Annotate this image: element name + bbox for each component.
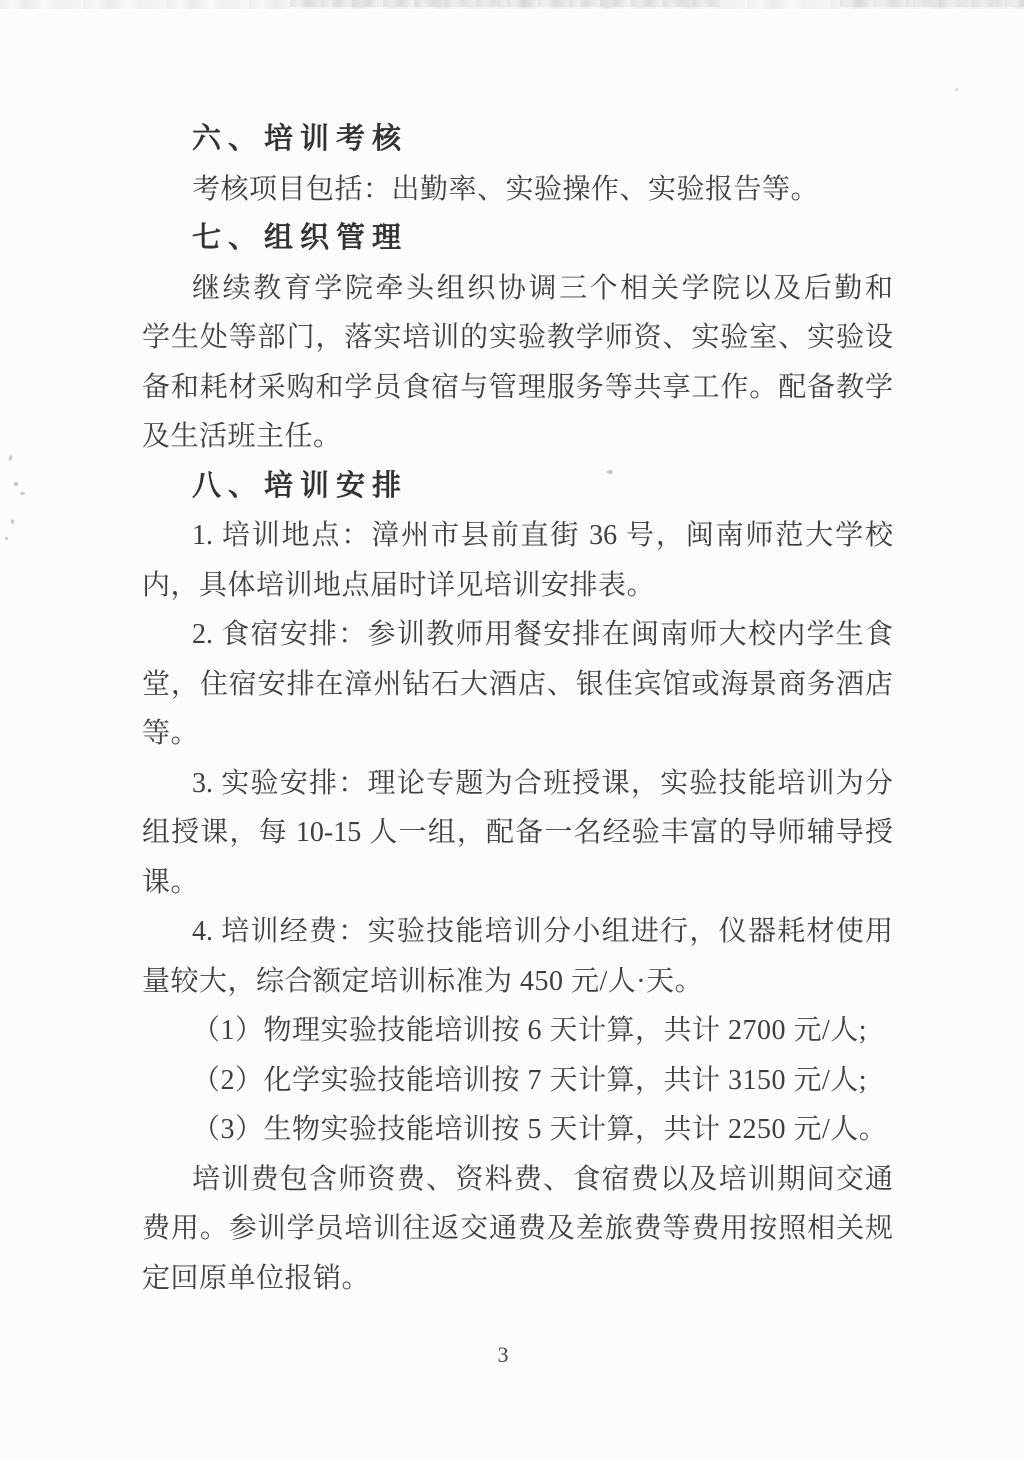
scan-speckle bbox=[5, 537, 8, 540]
text-line: 备和耗材采购和学员食宿与管理服务等共享工作。配备教学 bbox=[142, 363, 893, 413]
text-line-fee-physics: （1）物理实验技能培训按 6 天计算，共计 2700 元/人; bbox=[142, 1006, 893, 1056]
text-line: 组授课，每 10-15 人一组，配备一名经验丰富的导师辅导授 bbox=[142, 808, 893, 858]
scan-speckle bbox=[14, 482, 18, 486]
text-line: 继续教育学院牵头组织协调三个相关学院以及后勤和 bbox=[142, 264, 893, 314]
document-body: 六、培训考核 考核项目包括：出勤率、实验操作、实验报告等。 七、组织管理 继续教… bbox=[142, 115, 893, 1303]
text-line: 4. 培训经费：实验技能培训分小组进行，仪器耗材使用 bbox=[142, 907, 893, 957]
page-number: 3 bbox=[0, 1340, 1006, 1370]
text-line-fee-chemistry: （2）化学实验技能培训按 7 天计算，共计 3150 元/人; bbox=[142, 1056, 893, 1106]
heading-training-assessment: 六、培训考核 bbox=[142, 115, 893, 165]
text-line: 学生处等部门，落实培训的实验教学师资、实验室、实验设 bbox=[142, 313, 893, 363]
text-line: 内，具体培训地点届时详见培训安排表。 bbox=[142, 561, 893, 611]
text-line: 及生活班主任。 bbox=[142, 412, 893, 462]
scan-speckle bbox=[10, 519, 14, 525]
scanner-edge-artifact bbox=[840, 0, 1024, 7]
text-line: 培训费包含师资费、资料费、食宿费以及培训期间交通 bbox=[142, 1155, 893, 1205]
text-line: 量较大，综合额定培训标准为 450 元/人·天。 bbox=[142, 957, 893, 1007]
text-line: 堂，住宿安排在漳州钻石大酒店、银佳宾馆或海景商务酒店 bbox=[142, 660, 893, 710]
scanned-document-page: 六、培训考核 考核项目包括：出勤率、实验操作、实验报告等。 七、组织管理 继续教… bbox=[0, 0, 1024, 1460]
heading-organization-management: 七、组织管理 bbox=[142, 214, 893, 264]
text-line: 课。 bbox=[142, 858, 893, 908]
scan-speckle bbox=[955, 88, 958, 91]
text-line: 考核项目包括：出勤率、实验操作、实验报告等。 bbox=[142, 165, 893, 215]
text-line: 3. 实验安排：理论专题为合班授课，实验技能培训为分 bbox=[142, 759, 893, 809]
heading-training-arrangement: 八、培训安排 bbox=[142, 462, 893, 512]
text-line: 等。 bbox=[142, 709, 893, 759]
text-line: 2. 食宿安排：参训教师用餐安排在闽南师大校内学生食 bbox=[142, 610, 893, 660]
scanner-edge-artifact bbox=[290, 0, 720, 7]
text-line: 定回原单位报销。 bbox=[142, 1254, 893, 1304]
text-line-fee-biology: （3）生物实验技能培训按 5 天计算，共计 2250 元/人。 bbox=[142, 1105, 893, 1155]
text-line: 费用。参训学员培训往返交通费及差旅费等费用按照相关规 bbox=[142, 1204, 893, 1254]
scan-speckle bbox=[20, 492, 25, 495]
text-line: 1. 培训地点：漳州市县前直街 36 号，闽南师范大学校 bbox=[142, 511, 893, 561]
scan-speckle bbox=[8, 455, 13, 462]
